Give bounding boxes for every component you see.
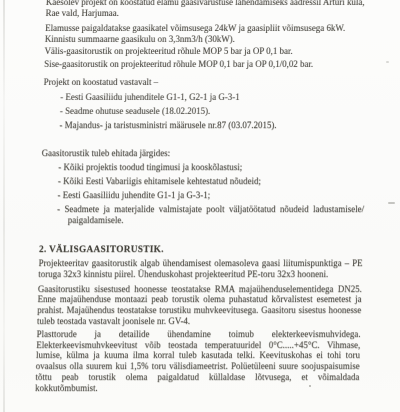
section2-paragraph: Gaasitorustiku sisestused hoonesse teost…: [37, 284, 362, 328]
outdoor-pressure-paragraph: Välis-gaasitorustik on projekteeritud rõ…: [44, 46, 368, 57]
construction-item: - Kõiki projektis toodud tingimusi ja ko…: [41, 162, 365, 173]
standards-item: - Majandus- ja taristusministri määrusel…: [42, 120, 366, 131]
document-text-block: Käesolev projekt on koostatud elamu gaas…: [35, 0, 370, 394]
construction-intro: Gaasitorustik tuleb ehitada järgides:: [41, 148, 365, 159]
construction-item: - Seadmete ja materjalide valmistajate p…: [40, 204, 365, 226]
scanned-document: { "colors": { "paper": "#fbfbfa", "ink":…: [0, 0, 400, 412]
equipment-paragraph: Elamusse paigaldatakse gaasikatel võimsu…: [45, 23, 370, 45]
scan-streak-artifact: [3, 0, 5, 412]
construction-item: - Kõiki Eesti Vabariigis ehitamisele keh…: [41, 176, 365, 187]
section2-paragraph: Projekteeritav gaasitorustik algab ühend…: [38, 258, 363, 280]
standards-intro: Projekt on koostatud vastavalt –: [43, 77, 367, 88]
scan-speck-artifact: [386, 61, 389, 63]
standards-item: - Eesti Gaasiliidu juhenditele G1-1, G2-…: [43, 92, 367, 103]
intro-paragraph: Käesolev projekt on koostatud elamu gaas…: [45, 0, 370, 19]
section2-paragraph: Plasttorude ja detailide ühendamine toim…: [35, 329, 361, 394]
section2-heading: 2. VÄLISGAASITORUSTIK.: [39, 245, 363, 256]
standards-item: - Seadme ohutuse seadusele (18.02.2015).: [43, 106, 367, 117]
indoor-pressure-paragraph: Sise-gaasitorustik on projekteeritud rõh…: [44, 59, 368, 70]
scan-dash-artifact: [388, 202, 395, 204]
document-page: Käesolev projekt on koostatud elamu gaas…: [0, 0, 400, 412]
construction-item: - Eesti Gaasiliidu juhendite G1-1 ja G-3…: [40, 190, 364, 201]
